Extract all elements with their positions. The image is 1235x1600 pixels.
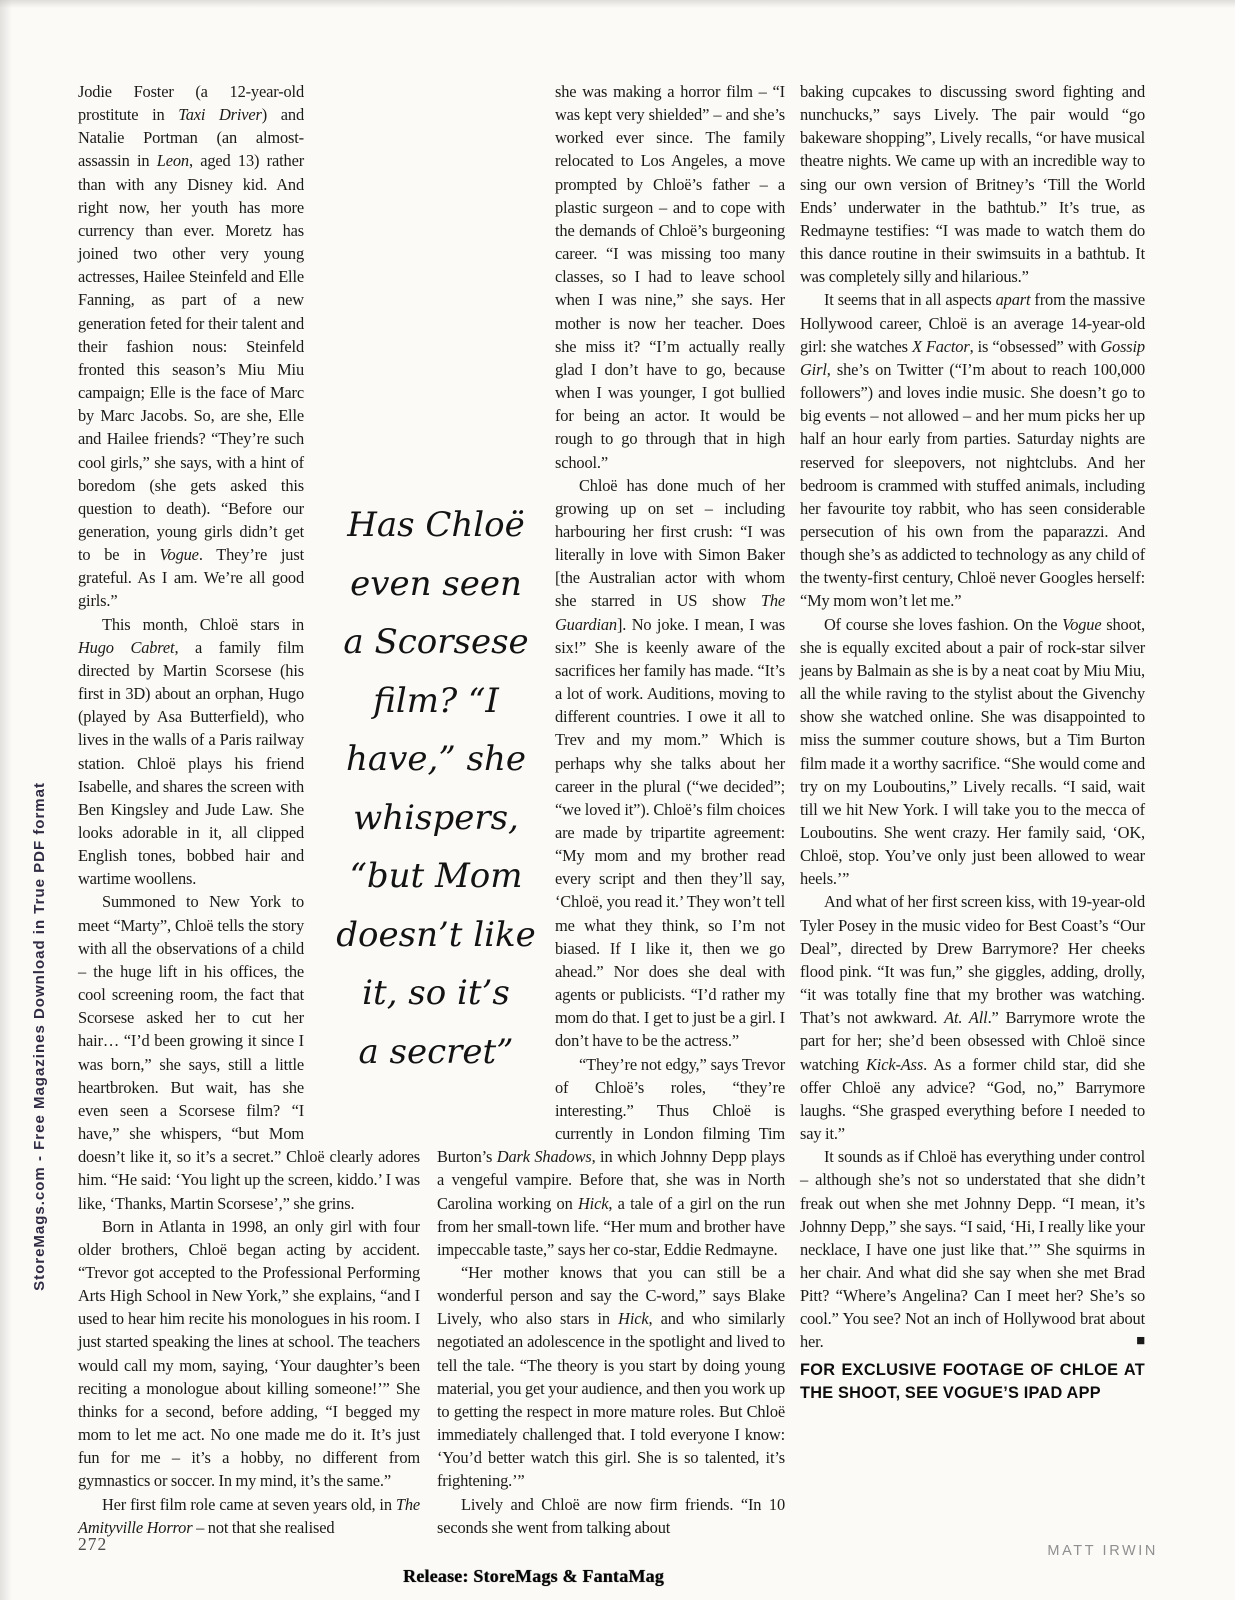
article-paragraph: Her first film role came at seven years … bbox=[78, 1493, 420, 1539]
text-segment: – not that she realised bbox=[192, 1518, 334, 1537]
text-segment: Her first film role came at seven years … bbox=[102, 1495, 396, 1514]
article-paragraph: she was making a horror film – “I was ke… bbox=[437, 80, 785, 474]
magazine-page: StoreMags.com - Free Magazines Download … bbox=[0, 0, 1235, 1600]
text-segment: ]. No joke. I mean, I was six!” She is k… bbox=[555, 615, 785, 1051]
text-segment: Dark Shadows bbox=[497, 1147, 592, 1166]
text-segment: X Factor bbox=[912, 337, 970, 356]
text-segment: This month, Chloë stars in bbox=[102, 615, 304, 634]
release-watermark-text: Release: StoreMags & FantaMag bbox=[403, 1566, 664, 1587]
text-segment: , she’s on Twitter (“I’m about to reach … bbox=[800, 360, 1145, 611]
text-segment: Leon bbox=[157, 151, 189, 170]
pull-quote-line: a Scorsese bbox=[318, 613, 554, 672]
text-segment: Hugo Cabret bbox=[78, 638, 174, 657]
text-segment: Of course she loves fashion. On the bbox=[824, 615, 1062, 634]
text-segment: Kick-Ass bbox=[866, 1055, 923, 1074]
page-number: 272 bbox=[78, 1534, 107, 1555]
article-paragraph: And what of her first screen kiss, with … bbox=[800, 890, 1145, 1145]
article-column-right: baking cupcakes to discussing sword figh… bbox=[800, 80, 1145, 1406]
pull-quote-line: even seen bbox=[318, 555, 554, 614]
pull-quote-line: have,” she bbox=[318, 730, 554, 789]
pull-quote-line: whispers, bbox=[318, 789, 554, 848]
text-segment: Taxi Driver bbox=[178, 105, 262, 124]
text-segment: FOR EXCLUSIVE FOOTAGE OF CHLOE AT THE SH… bbox=[800, 1361, 1145, 1403]
article-paragraph: Of course she loves fashion. On the Vogu… bbox=[800, 613, 1145, 891]
article-paragraph: baking cupcakes to discussing sword figh… bbox=[800, 80, 1145, 288]
pull-quote-line: Has Chloë bbox=[318, 496, 554, 555]
pull-quote-line: it, so it’s bbox=[318, 964, 554, 1023]
footer-promo-text: FOR EXCLUSIVE FOOTAGE OF CHLOE AT THE SH… bbox=[800, 1359, 1145, 1406]
text-segment: , is “obsessed” with bbox=[970, 337, 1101, 356]
text-segment: Vogue bbox=[1062, 615, 1101, 634]
text-segment: At. All bbox=[944, 1008, 987, 1027]
text-segment: Chloë has done much of her growing up on… bbox=[555, 476, 785, 611]
article-paragraph: It sounds as if Chloë has everything und… bbox=[800, 1145, 1145, 1353]
article-paragraph: Lively and Chloë are now firm friends. “… bbox=[437, 1493, 785, 1539]
text-segment: apart bbox=[996, 290, 1031, 309]
text-segment: Hick bbox=[618, 1309, 648, 1328]
text-segment: Hick bbox=[578, 1194, 608, 1213]
article-paragraph: It seems that in all aspects apart from … bbox=[800, 288, 1145, 612]
pull-quote-line: doesn’t like bbox=[318, 906, 554, 965]
article-paragraph: Born in Atlanta in 1998, an only girl wi… bbox=[78, 1215, 420, 1493]
text-segment: , aged 13) rather than with any Disney k… bbox=[78, 151, 304, 564]
text-segment: she was making a horror film – “I was ke… bbox=[555, 82, 785, 472]
text-segment: It sounds as if Chloë has everything und… bbox=[800, 1147, 1145, 1351]
text-segment: baking cupcakes to discussing sword figh… bbox=[800, 82, 1145, 286]
text-segment: , a family film directed by Martin Scors… bbox=[78, 638, 304, 889]
text-segment: , and who similarly negotiated an adoles… bbox=[437, 1309, 785, 1490]
photographer-credit: MATT IRWIN bbox=[1047, 1543, 1158, 1559]
pull-quote-line: “but Mom bbox=[318, 847, 554, 906]
text-segment: Vogue bbox=[160, 545, 199, 564]
pull-quote: Has Chloëeven seena Scorsesefilm? “Ihave… bbox=[318, 496, 554, 1081]
text-segment: Lively and Chloë are now firm friends. “… bbox=[437, 1495, 785, 1537]
text-segment: It seems that in all aspects bbox=[824, 290, 996, 309]
pull-quote-line: film? “I bbox=[318, 672, 554, 731]
pull-quote-line: a secret” bbox=[318, 1023, 554, 1082]
side-watermark-text: StoreMags.com - Free Magazines Download … bbox=[30, 782, 50, 1291]
text-segment: Born in Atlanta in 1998, an only girl wi… bbox=[78, 1217, 420, 1491]
text-segment: shoot, she is equally excited about a pa… bbox=[800, 615, 1145, 889]
article-end-mark: ■ bbox=[1112, 1330, 1145, 1353]
article-paragraph: “Her mother knows that you can still be … bbox=[437, 1261, 785, 1493]
